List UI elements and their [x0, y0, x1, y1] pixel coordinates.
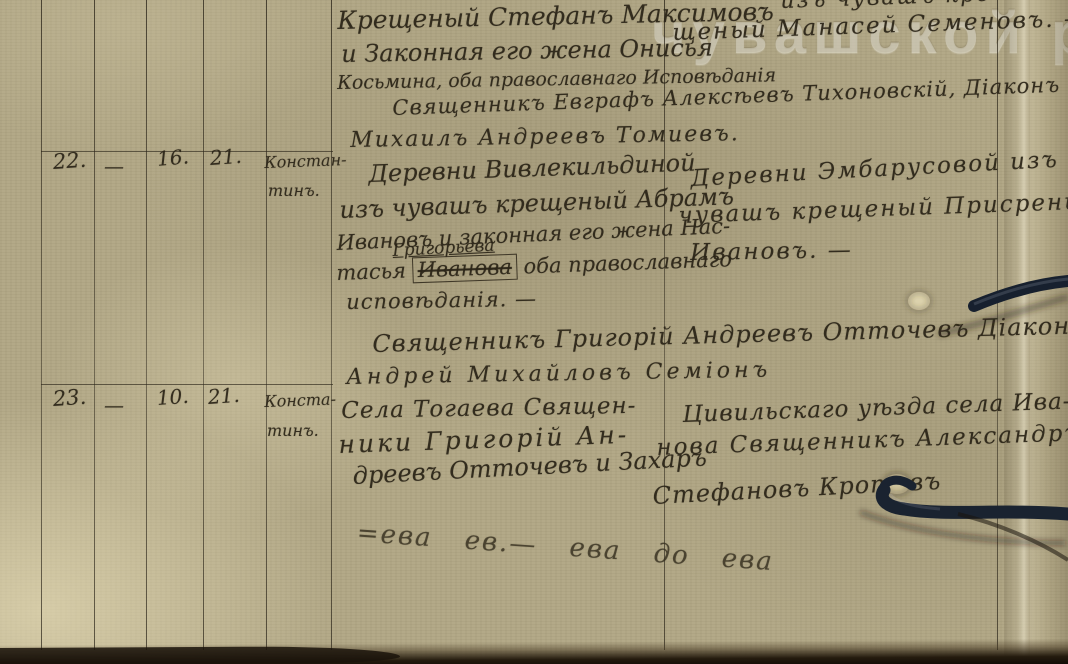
record22-name-line-1: Констан-: [264, 150, 347, 172]
record22-text-line-5: исповѣданія. —: [346, 287, 537, 314]
column-rule-2: [94, 0, 95, 650]
record23-name-line-1: Конста-: [264, 389, 336, 410]
record22-day-born: 16.: [156, 144, 190, 171]
record22-name-line-2: тинъ.: [268, 181, 320, 200]
record23-text-line-1: Села Тогаева Священ-: [341, 393, 637, 424]
punch-hole-upper: [908, 292, 930, 310]
record22-text-line-1: Деревни Вивлекильдиной: [368, 149, 696, 188]
record22-clergy-line-1: Священникъ Григорій Андреевъ Отточевъ Ді…: [372, 310, 1068, 358]
punch-hole-upper-shadow: [908, 292, 930, 310]
column-rule-5: [266, 0, 267, 650]
column-rule-3: [146, 0, 147, 650]
record23-dash: —: [104, 393, 124, 417]
record22-line4-boxed-word: Иванова: [412, 254, 517, 284]
column-rule-4: [203, 0, 204, 650]
record23-day-baptized: 21.: [207, 383, 240, 409]
column-rule-6: [331, 0, 332, 650]
record23-day-born: 10.: [156, 384, 189, 410]
record22-entry-no: 22.: [52, 148, 87, 174]
record23-name-line-2: тинъ.: [267, 421, 319, 440]
record22-day-baptized: 21.: [209, 144, 242, 170]
record23-entry-no: 23.: [52, 385, 87, 411]
record22-dash: —: [104, 154, 124, 178]
record22-godparent-line-3: Ивановъ. —: [690, 237, 853, 266]
record22-line4-prefix: тасья: [336, 259, 406, 285]
record23-text-line-4: Стефановъ Кротовъ: [652, 467, 942, 510]
pen-trials-scribble: =ева ев.— ева до ева: [356, 518, 775, 577]
column-rule-1: [41, 0, 42, 650]
page-bottom-edge-shadow: [0, 646, 400, 664]
register-page: чувашской ре Крещеный Стефанъ Максимовъ …: [0, 0, 1068, 664]
record22-clergy-line-2: Андрей Михайловъ Семіонъ: [346, 358, 771, 390]
